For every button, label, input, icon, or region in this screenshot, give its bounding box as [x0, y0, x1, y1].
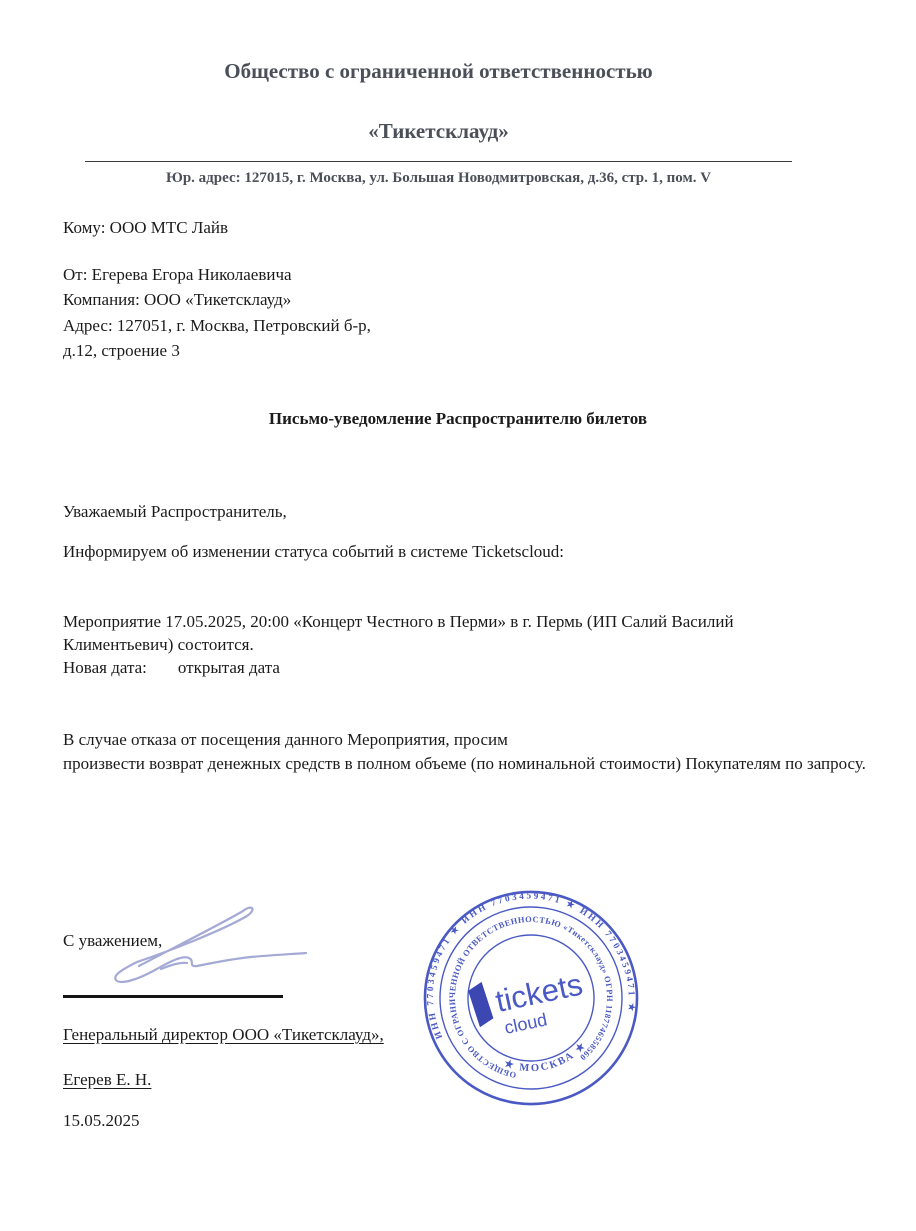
letterhead-divider — [85, 161, 792, 162]
status-info: Информируем об изменении статуса событий… — [63, 542, 916, 561]
greeting: Уважаемый Распространитель, — [63, 502, 916, 521]
new-date-value: открытая дата — [147, 658, 280, 677]
signature-line — [63, 995, 283, 998]
org-type-heading: Общество с ограниченной ответственностью — [85, 0, 792, 84]
recipient-to: Кому: ООО МТС Лайв — [63, 215, 916, 241]
ticketscloud-logo: tickets cloud — [467, 962, 590, 1044]
org-name-heading: «Тикетсклауд» — [85, 118, 792, 144]
letter-document: Общество с ограниченной ответственностью… — [0, 0, 916, 1231]
legal-address: Юр. адрес: 127015, г. Москва, ул. Больша… — [85, 169, 792, 188]
refund-paragraph: В случае отказа от посещения данного Мер… — [63, 728, 916, 776]
ticket-icon — [467, 981, 495, 1028]
event-paragraph: Мероприятие 17.05.2025, 20:00 «Концерт Ч… — [63, 610, 853, 656]
sender-block: От: Егерева Егора Николаевича Компания: … — [63, 262, 916, 364]
new-date-line: Новая дата:открытая дата — [63, 656, 916, 679]
new-date-label: Новая дата: — [63, 658, 147, 677]
document-title: Письмо-уведомление Распространителю биле… — [0, 409, 916, 428]
company-stamp: ИНН 7703459471 ★ ИНН 7703459471 ★ ИНН 77… — [414, 881, 648, 1115]
letterhead: Общество с ограниченной ответственностью… — [0, 0, 916, 188]
